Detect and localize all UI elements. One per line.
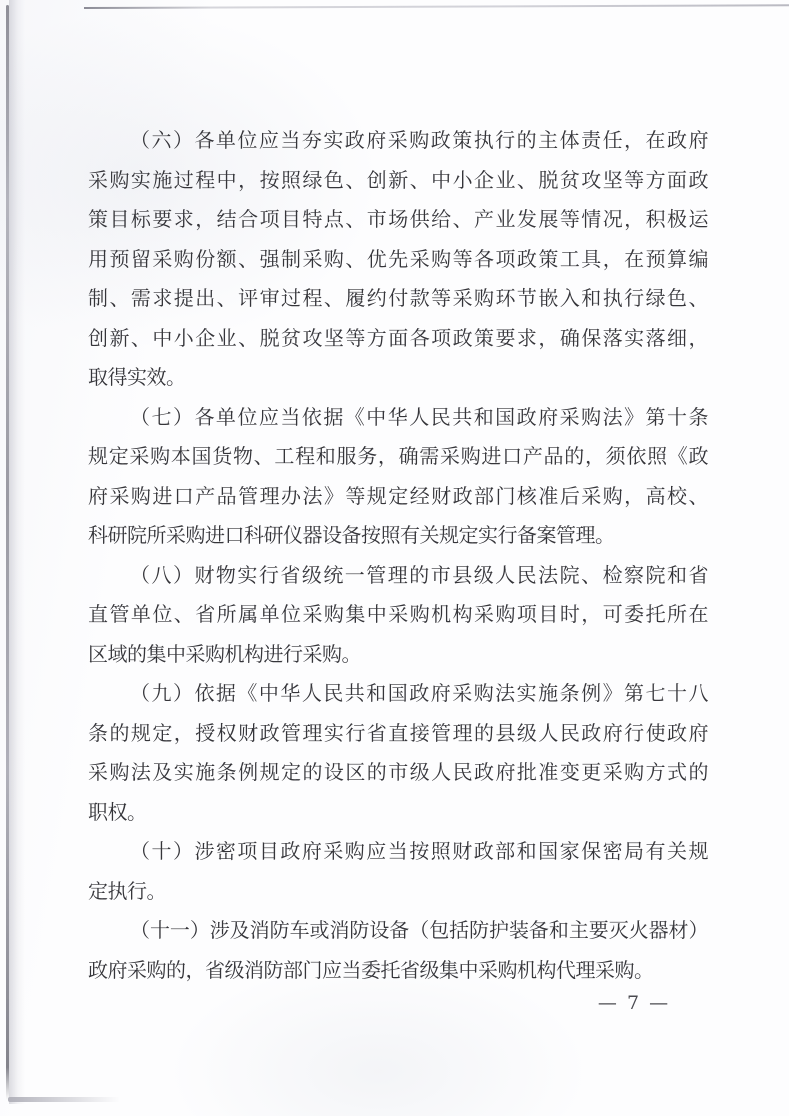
text-line: （六）各单位应当夯实政府采购政策执行的主体责任，在政府 [88,121,708,161]
text-line: 采购实施过程中，按照绿色、创新、中小企业、脱贫攻坚等方面政 [88,161,708,201]
text-line: （八）财物实行省级统一管理的市县级人民法院、检察院和省 [88,556,708,596]
scan-bottom-edge-smudge [8,1097,120,1102]
text-line: 府采购进口产品管理办法》等规定经财政部门核准后采购，高校、 [88,477,708,517]
text-line: （十）涉密项目政府采购应当按照财政部和国家保密局有关规 [88,832,708,872]
text-line: 取得实效。 [88,358,708,398]
text-line: （七）各单位应当依据《中华人民共和国政府采购法》第十条 [88,398,708,438]
text-line: 用预留采购份额、强制采购、优先采购等各项政策工具，在预算编 [88,240,708,280]
text-line: 科研院所采购进口科研仪器设备按照有关规定实行备案管理。 [88,516,708,556]
text-line: 政府采购的，省级消防部门应当委托省级集中采购机构代理采购。 [88,951,708,991]
text-line: （九）依据《中华人民共和国政府采购法实施条例》第七十八 [88,674,708,714]
text-line: 区域的集中采购机构进行采购。 [88,635,708,675]
text-line: 定执行。 [88,872,708,912]
text-line: 直管单位、省所属单位采购集中采购机构采购项目时，可委托所在 [88,595,708,635]
text-line: 策目标要求，结合项目特点、市场供给、产业发展等情况，积极运 [88,200,708,240]
text-line: 创新、中小企业、脱贫攻坚等方面各项政策要求，确保落实落细， [88,319,708,359]
text-line: 条的规定，授权财政管理实行省直接管理的县级人民政府行使政府 [88,714,708,754]
scan-left-edge-shadow [9,0,25,1104]
page-number: — 7 — [586,992,682,1014]
text-line: 采购法及实施条例规定的设区的市级人民政府批准变更采购方式的 [88,753,708,793]
text-line: 规定采购本国货物、工程和服务，确需采购进口产品的，须依照《政 [88,437,708,477]
scan-top-edge-line [84,4,789,9]
text-line: （十一）涉及消防车或消防设备（包括防护装备和主要灭火器材） [88,911,708,951]
document-text-block: （六）各单位应当夯实政府采购政策执行的主体责任，在政府采购实施过程中，按照绿色、… [88,121,708,990]
scanned-document-page: （六）各单位应当夯实政府采购政策执行的主体责任，在政府采购实施过程中，按照绿色、… [0,0,789,1116]
text-line: 制、需求提出、评审过程、履约付款等采购环节嵌入和执行绿色、 [88,279,708,319]
text-line: 职权。 [88,793,708,833]
